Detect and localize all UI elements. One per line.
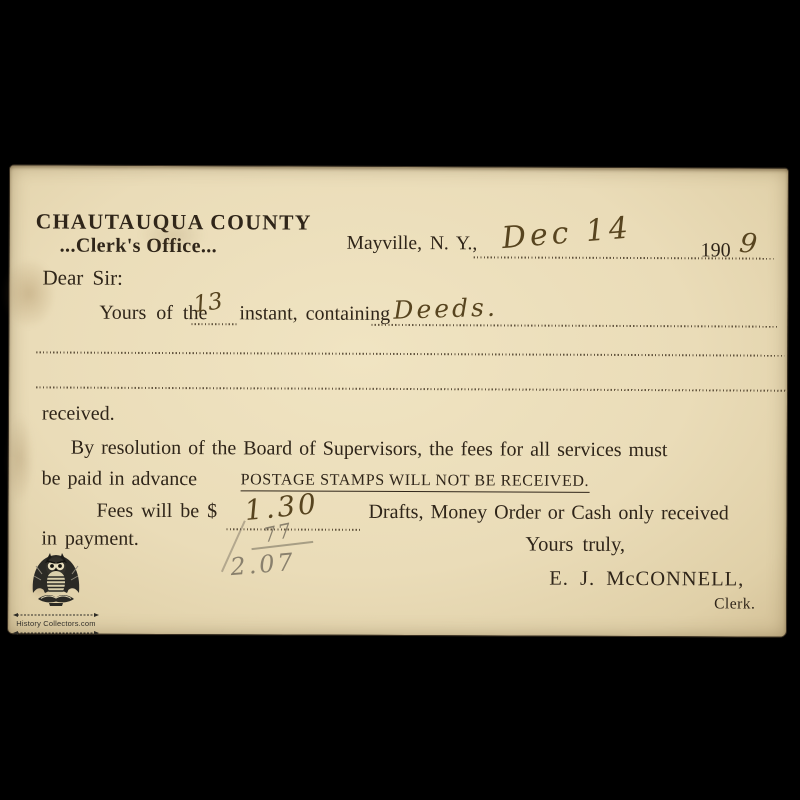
- paper-stain: [5, 413, 35, 503]
- fees-suffix-2: in payment.: [41, 527, 139, 550]
- blank-dotted-line-1: [36, 351, 784, 356]
- paper-stain: [138, 218, 208, 252]
- fees-suffix: Drafts, Money Order or Cash only receive…: [368, 501, 728, 526]
- watermark-caption: History Collectors.com: [10, 619, 102, 628]
- handwritten-day: 13: [192, 288, 225, 318]
- handwritten-enclosure: Deeds.: [393, 293, 498, 325]
- day-dotted-line: [191, 323, 237, 325]
- watermark-rule-top: [13, 612, 99, 618]
- amount-dotted-line: [226, 528, 362, 531]
- fees-prefix: Fees will be $: [96, 500, 217, 524]
- place-label: Mayville, N. Y.,: [347, 233, 478, 256]
- enclosure-dotted-line: [371, 324, 777, 328]
- postcard: CHAUTAUQUA COUNTY ...Clerk's Office... M…: [7, 164, 789, 637]
- blank-dotted-line-2: [36, 386, 788, 391]
- year-prefix: 190: [701, 239, 731, 262]
- handwritten-year-digit: 9: [738, 228, 759, 261]
- seller-watermark: History Collectors.com: [10, 550, 102, 646]
- scanned-postcard-photo: CHAUTAUQUA COUNTY ...Clerk's Office... M…: [0, 0, 800, 800]
- resolution-line-1: By resolution of the Board of Supervisor…: [71, 437, 668, 463]
- request-middle: instant, containing: [239, 302, 390, 326]
- valediction: Yours truly,: [525, 534, 625, 557]
- paper-stain: [1, 257, 56, 329]
- received-label: received.: [42, 402, 115, 425]
- resolution-line-2: be paid in advance: [42, 467, 197, 491]
- handwritten-date: Dec 14: [501, 210, 634, 256]
- pencil-total: 2.07: [229, 548, 297, 581]
- owl-watermark-icon: [26, 550, 86, 610]
- signature-title: Clerk.: [714, 595, 755, 613]
- request-prefix: Yours of the: [99, 302, 207, 325]
- signature-name: E. J. McCONNELL,: [549, 568, 744, 592]
- watermark-rule-bottom: [13, 630, 99, 636]
